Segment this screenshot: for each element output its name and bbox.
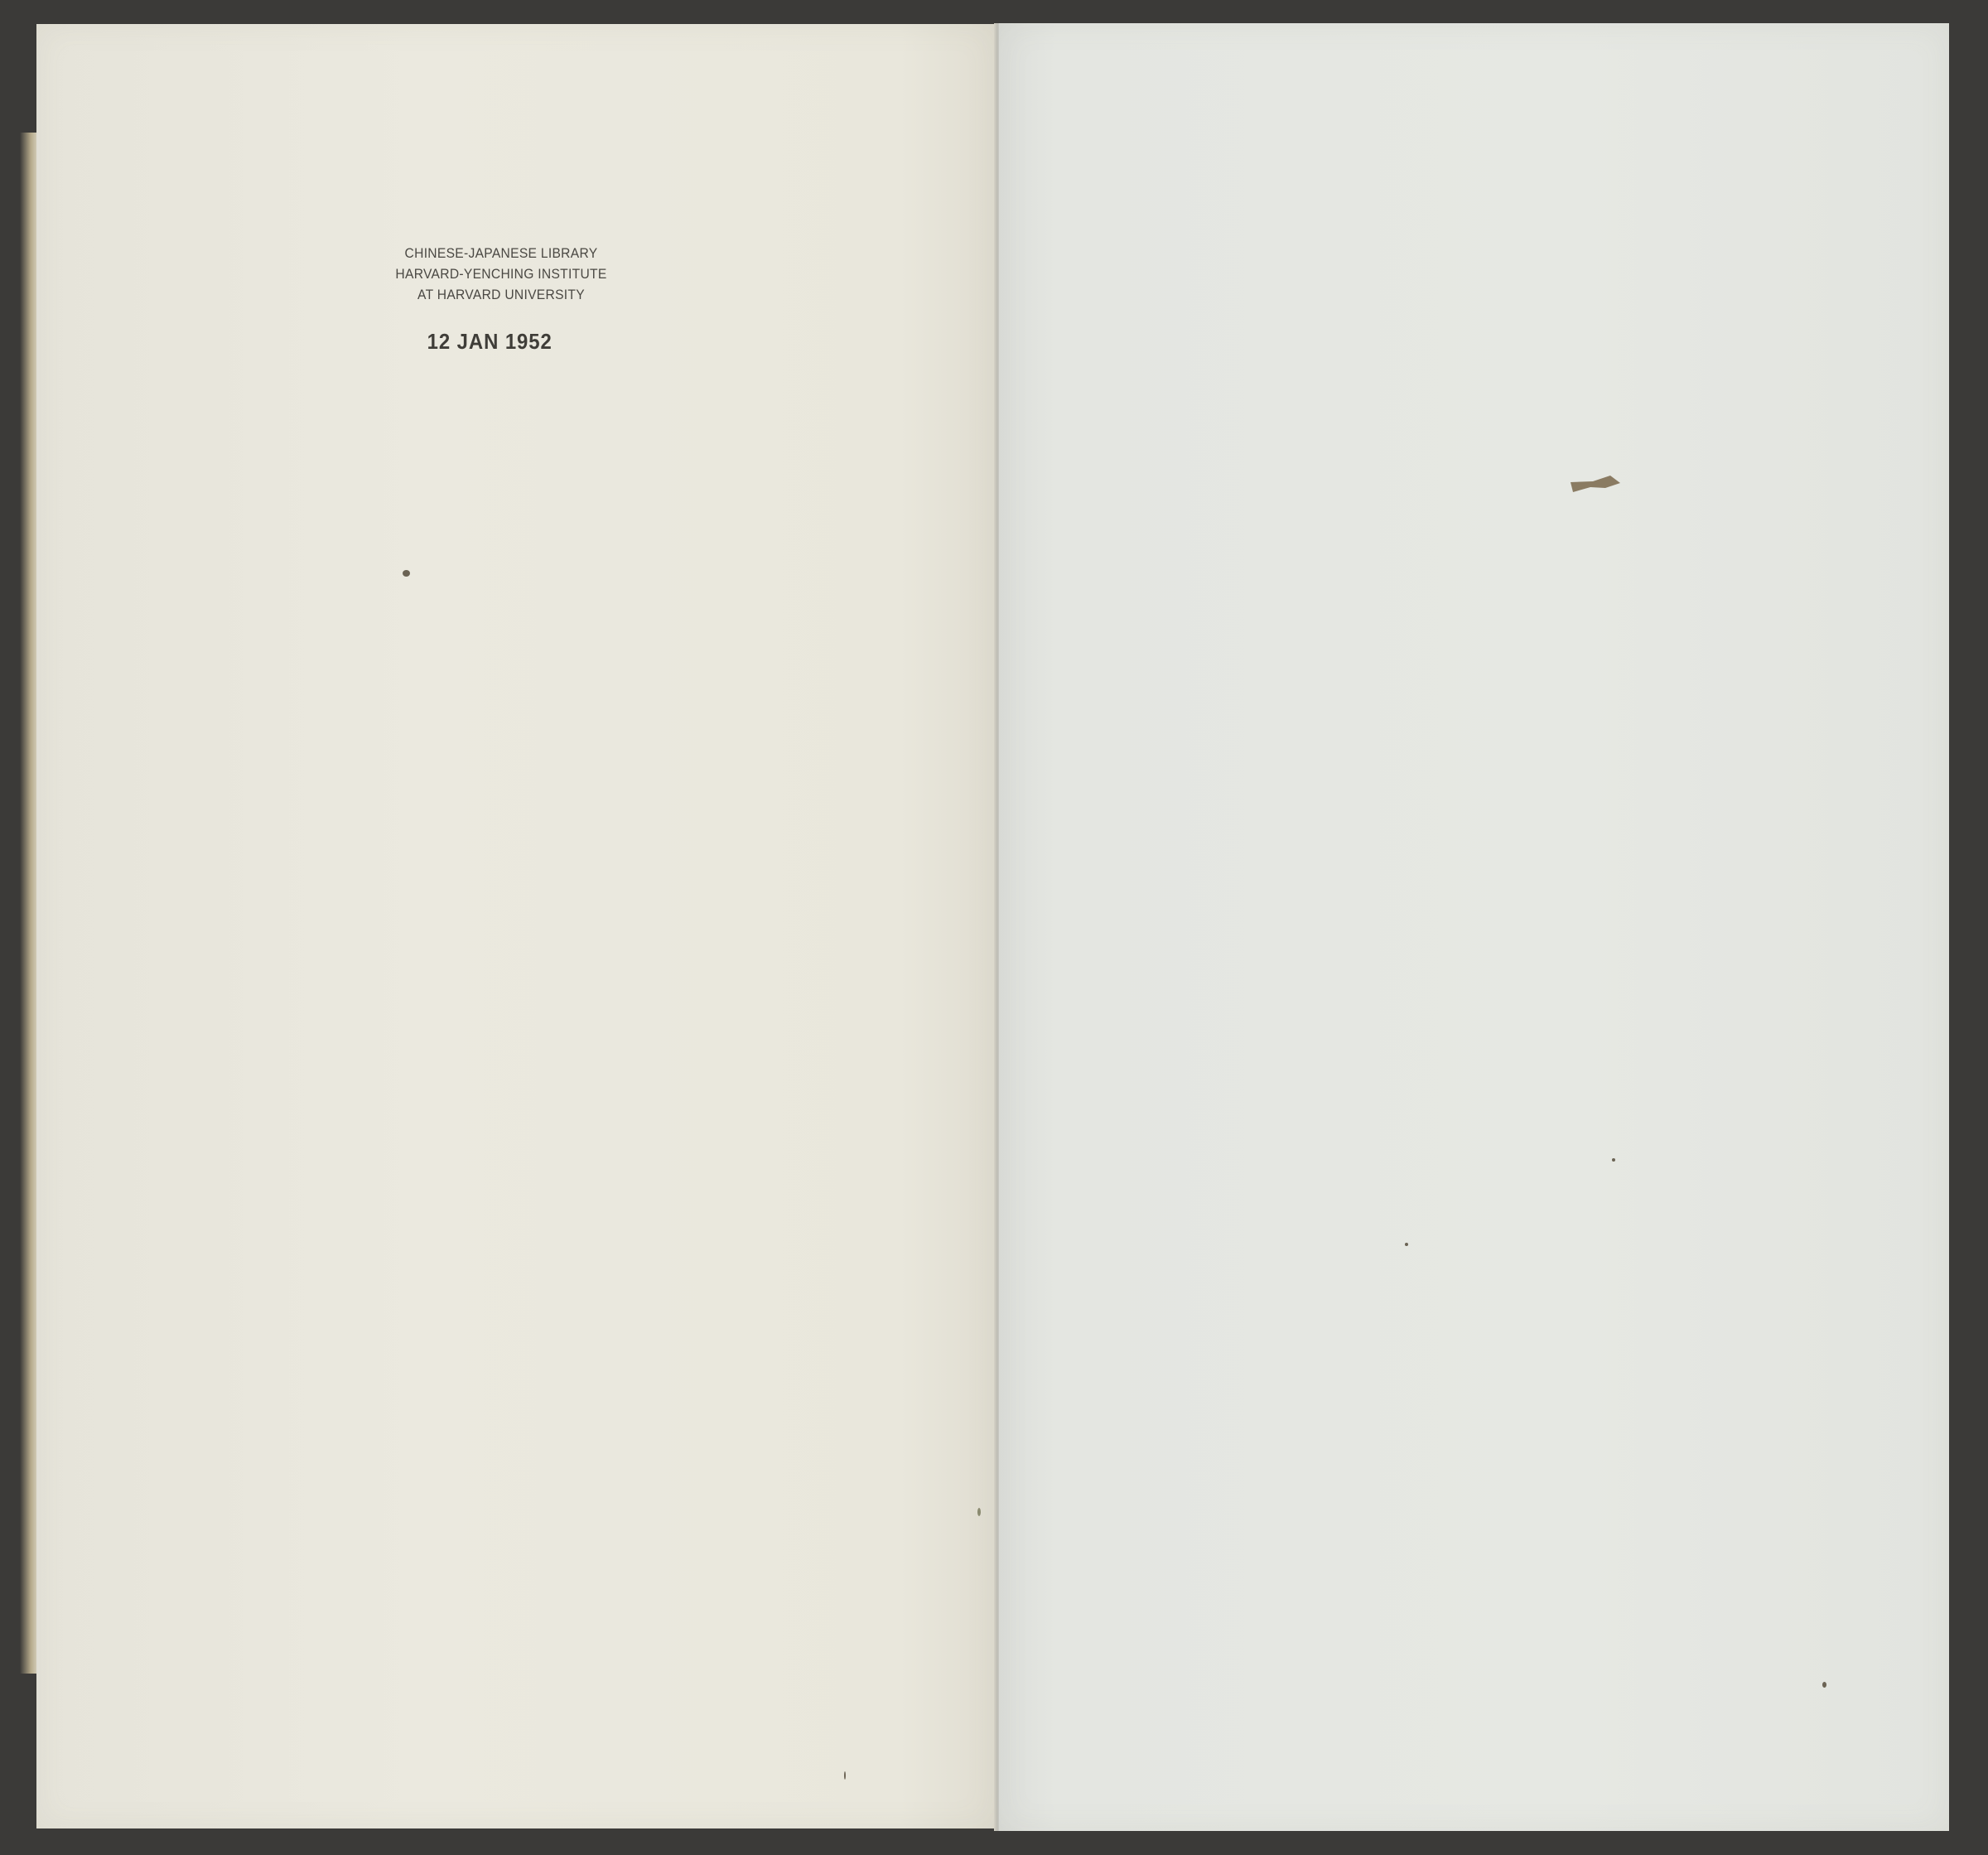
paper-speck: [977, 1508, 981, 1516]
paper-speck: [403, 570, 410, 577]
left-page-edge: [20, 133, 38, 1674]
paper-speck: [844, 1771, 846, 1780]
library-stamp: CHINESE-JAPANESE LIBRARY HARVARD-YENCHIN…: [387, 243, 615, 352]
paper-speck: [1822, 1682, 1826, 1688]
paper-speck: [1612, 1158, 1615, 1162]
stamp-line-library: CHINESE-JAPANESE LIBRARY: [387, 243, 615, 263]
paper-speck: [1405, 1243, 1408, 1246]
stamp-line-institute: HARVARD-YENCHING INSTITUTE: [387, 263, 615, 284]
stamp-line-university: AT HARVARD UNIVERSITY: [387, 284, 615, 305]
stamp-date: 12 JAN 1952: [364, 331, 615, 352]
right-page: [999, 23, 1949, 1831]
